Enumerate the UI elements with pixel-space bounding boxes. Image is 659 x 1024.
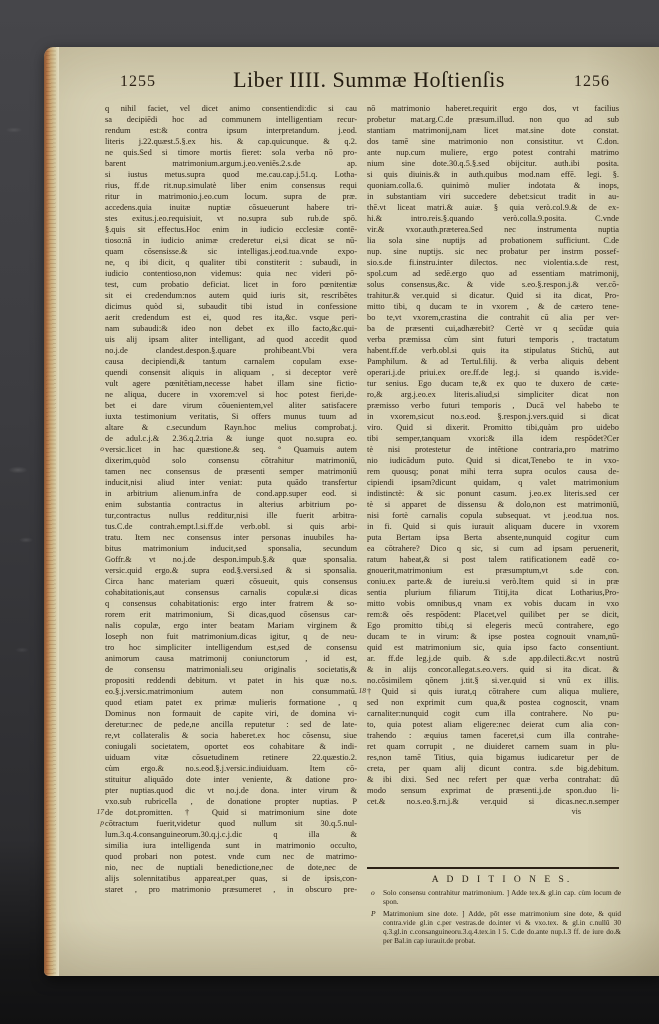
text-line: & ibi dixi. Sed nec refert per quæ verba… [367, 774, 619, 785]
text-line: nisi fortè carnalis copula subsequat. vt… [367, 510, 619, 521]
text-line: rendum est:& contra ipsum interpretandum… [105, 125, 357, 136]
text-line: in vxorem,sicut no.s.eod. §.respon.j.ver… [367, 411, 619, 422]
text-line: re,vt collateralis & socia haberet.ex ho… [105, 730, 357, 741]
text-line: tus.C.de contrah.empt.l.si.ff.de verb.ob… [105, 521, 357, 532]
text-line: quendi consensit aliquis in aliquam , si… [105, 367, 357, 378]
text-line: sit ei credendum:nos autem quid iuris si… [105, 290, 357, 301]
text-line: bitus matrimonium inducit,sed sponsalia,… [105, 543, 357, 554]
text-line: & in alijs concor.allegat.s.eo.vers. qui… [367, 664, 619, 675]
text-line: in arbitrium alienum.infra de cond.app.s… [105, 488, 357, 499]
additiones-heading: A D D I T I O N E S. [383, 875, 621, 885]
text-line: vult agere pœnitētiam,necesse habet illa… [105, 378, 357, 389]
text-line: solus consensus,&c. & vide s.eo.§.respon… [367, 279, 619, 290]
text-line: †Quid si quis iurat,q cōtrahere cum aliq… [367, 686, 619, 697]
text-line: rorem erit matrimonium, Si dicas,quod cō… [105, 609, 357, 620]
text-line: sa decipiēdi hoc ad communem intelligent… [105, 114, 357, 125]
text-line: eo.§.j.versic.matrimonium autem non cons… [105, 686, 357, 697]
text-line: to, quia potest aliam eligere:nec deiera… [367, 719, 619, 730]
additiones-entries: oSolo consensu contrahitur matrimonium. … [383, 888, 621, 946]
photo-of-book-page: { "header": { "left_page_number": "1255"… [0, 0, 659, 1024]
text-line: inducit,nisi aliud inter veniat: puta qu… [105, 477, 357, 488]
text-line: res,non tamē Titius, quia bigamus iudica… [367, 752, 619, 763]
text-line: cùm ergo.& no.s.eod.§.j.versic.indiuidua… [105, 763, 357, 774]
text-line: deretur:nec de pede,ne ancilla reputetur… [105, 719, 357, 730]
text-line: cet.& no.s.eo.§.rn.j.& ver.quid si dicas… [367, 796, 619, 807]
text-line: vxo.sub rubricella , de donatione propte… [105, 796, 357, 807]
text-line: indistinctè: & sic ponunt casum. j.eo.ex… [367, 488, 619, 499]
additiones-section: A D D I T I O N E S. oSolo consensu cont… [383, 875, 621, 948]
text-line: trahitur.& ver.quid si dicatur. Quid si … [367, 290, 619, 301]
text-line: modo sensum exprimat de præsenti.j.de sp… [367, 785, 619, 796]
text-line: Goffr.& vt no.j.de despon.impub.§.& quæ … [105, 554, 357, 565]
text-line: quod etiam patet ex primæ mulieris forma… [105, 697, 357, 708]
text-line: ne quis.Sed si timore mortis fieret: sol… [105, 147, 357, 158]
text-line: §.quis sit effectus.Hoc enim in iudicio … [105, 224, 357, 235]
text-line: stituitur aliquādo dote inter veniente, … [105, 774, 357, 785]
text-line: cipiendi ipsam?dicunt quidam, q valet ma… [367, 477, 619, 488]
margin-mark: p [90, 818, 104, 827]
text-column-right: nō matrimonio haberet.requirit ergo dos,… [367, 103, 619, 807]
text-line: viro. Quid si dixerit. Promitto tibi,quà… [367, 422, 619, 433]
text-line: causa decipiendi,& tantum carnalem copul… [105, 356, 357, 367]
text-line: accedens.quia inuitæ nuptiæ cōsueuerunt … [105, 202, 357, 213]
page-edge-streaks [46, 47, 56, 976]
text-line: ar. ff.de leg.j.de quib. & s.de app.dile… [367, 653, 619, 664]
text-line: nō matrimonio haberet.requirit ergo dos,… [367, 103, 619, 114]
text-line: carnaliter:nunquid cogit cum illa contra… [367, 708, 619, 719]
text-line: stantiam matrimonij,nam licet mat.sine d… [367, 125, 619, 136]
page-number-right: 1256 [574, 73, 610, 91]
text-line: ne aliqua, ducere in vxorem:vel si hoc p… [105, 389, 357, 400]
text-line: literis j.22.quæst.5.§.ex his. & cap.qui… [105, 136, 357, 147]
text-line: quoniam.colla.6. quinimò mulier indotata… [367, 180, 619, 191]
text-line: ro,& arg.j.eo.ex literis.aliud,si simpli… [367, 389, 619, 400]
book-page: 1255 Liber IIII. Summæ Hoſtienſis 1256 q… [44, 47, 659, 976]
text-line: Ioseph non fuit matrimonium.dicas igitur… [105, 631, 357, 642]
text-line: iuxta testimonium veritatis, Si offers m… [105, 411, 357, 422]
text-line: enim substantia contractus in alterius a… [105, 499, 357, 510]
text-line: præmisso verbo futuri temporis , Ducā ve… [367, 400, 619, 411]
text-line: Ego promitto tibi,q si elegeris mecū con… [367, 620, 619, 631]
text-line: animorum causa matrimonij coniunctorum ,… [105, 653, 357, 664]
text-line: sentia plurium filiarum Titij,ita dicat … [367, 587, 619, 598]
text-line: stes exitus.j.eo.requisiuit, vt no.supra… [105, 213, 357, 224]
text-line: Dominus non formauit de capite viri, de … [105, 708, 357, 719]
text-line: quod probari non potest. vnde cum nec de… [105, 851, 357, 862]
text-line: q consensus cohabitationis: ergo inter f… [105, 598, 357, 609]
text-line: mitto tibi, q ducam te in vxorem , & de … [367, 301, 619, 312]
text-line: quid est matrimonium sic, quia ipso fact… [367, 642, 619, 653]
text-line: alijs solennitatibus appareat,per quas, … [105, 873, 357, 884]
text-line: creta, per quam alij dicunt contra. s.de… [367, 763, 619, 774]
page-number-left: 1255 [120, 73, 156, 91]
margin-mark: o [90, 444, 104, 453]
text-line: ratum habeat,& si post talem ratificatio… [367, 554, 619, 565]
text-line: lia sola sine nuptijs ad probationem suf… [367, 235, 619, 246]
text-line: vir.& vxor.auth.præterea.Sed nec instrum… [367, 224, 619, 235]
text-line: cohabitationis,aut consensus carnalis co… [105, 587, 357, 598]
text-line: in substantiam viri succedere debet:sicu… [367, 191, 619, 202]
text-line: operari.j.de priui.ex ore.ff.de leg.j. s… [367, 367, 619, 378]
text-line: no.j.de clandest.despon.§.quare prohibea… [105, 345, 357, 356]
text-line: mitto vobis omnibus,q vnam ex vobis duca… [367, 598, 619, 609]
text-line: nio, nec de nuptiali benedictione,nec de… [105, 862, 357, 873]
text-line: coniugali societatem, oportet eos cohabi… [105, 741, 357, 752]
text-line: tibi semper,tanquam vxori:& illa idem re… [367, 433, 619, 444]
additiones-entry: PMatrimonium sine dote. ] Adde, pōt esse… [383, 909, 621, 946]
text-line: test, cum probatio deficiat. licet in fo… [105, 279, 357, 290]
text-line: thē.vt liceat matri.& auiæ. § quia verò.… [367, 202, 619, 213]
text-line: tro hoc simpliciter intelligendum est,se… [105, 642, 357, 653]
text-line: spol.cum ad sedē.ergo quo ad essentiam m… [367, 268, 619, 279]
text-line: puta Bertam ipsa Berta absente,nunquid c… [367, 532, 619, 543]
text-line: ba de præsenti cui,adhærebit? Certè vr q… [367, 323, 619, 334]
text-line: aerit credendum est ei, quod res ita,&c.… [105, 312, 357, 323]
text-line: tioso:nā in iudicio animæ crederetur ei,… [105, 235, 357, 246]
text-line: nium sine dote.30.q.5.§.sed obijcitur. a… [367, 158, 619, 169]
text-line: rius, ff.de rit.nup.simulatè liber enim … [105, 180, 357, 191]
text-line: probetur mat.arg.C.de præsum.illud. non … [367, 114, 619, 125]
text-line: uiduam vitæ cōsuetudinem retinere 22.quæ… [105, 752, 357, 763]
additiones-entry-mark: P [371, 909, 376, 918]
text-line: ne, q ibi dicit, q qualiter tibi constit… [105, 257, 357, 268]
text-line: altare & c.secundum Rayn.hoc melius comp… [105, 422, 357, 433]
text-line: gnouerit,matrimonium est præsumptum,vt s… [367, 565, 619, 576]
text-line: trahendo : æquius tamen faceret,si cum i… [367, 730, 619, 741]
text-line: tè nisi protestetur de intētione contrar… [367, 444, 619, 455]
text-line: ante nup.cum muliere, ergo potest contra… [367, 147, 619, 158]
text-line: iudicio contentioso,non videmus: quia ne… [105, 268, 357, 279]
text-line: lum.3.q.4.consanguineorum.30.q.j.c.j.dic… [105, 829, 357, 840]
text-line: rem:& oēs respōdent: Placet,vel quilibet… [367, 609, 619, 620]
text-line: quam cōsensisse.& sic intelligas.j.eod.t… [105, 246, 357, 257]
text-line: de dot.promitten. † Quid si matrimonium … [105, 807, 357, 818]
text-line: de consensu matrimoniali.seu originalis … [105, 664, 357, 675]
text-line: barent matrimonium.argum.j.eo.veniēs.2.s… [105, 158, 357, 169]
additiones-entry: oSolo consensu contrahitur matrimonium. … [383, 888, 621, 907]
text-line: pter nuptias.quod dic vt no.j.de dona. i… [105, 785, 357, 796]
background-scuff-marks [0, 0, 46, 1024]
text-line: bet ei dare virum cōuenientem,vel aliter… [105, 400, 357, 411]
text-line: bo te,vt vxorem,crastina die contrahit c… [367, 312, 619, 323]
text-line: propositi reddendi debitum. vt patet in … [105, 675, 357, 686]
text-line: nio iudicādum puto. Quid si dicat,Tenebo… [367, 455, 619, 466]
additiones-entry-text: Solo consensu contrahitur matrimonium. ]… [383, 888, 621, 906]
text-line: versic.licet in hac quæstione.& seq. ° Q… [105, 444, 357, 455]
text-line: tamen nec consensus de præsenti semper m… [105, 466, 357, 477]
text-line: ea cōtrahere? Dico q sic, si cum ad ipsa… [367, 543, 619, 554]
text-line: verba præmissa cùm sint futuri temporis … [367, 334, 619, 345]
text-line: sed non exprimit cum qua,& postea cognos… [367, 697, 619, 708]
additiones-entry-text: Matrimonium sine dote. ] Adde, pōt esse … [383, 909, 621, 946]
margin-mark: 18 [352, 686, 366, 695]
text-line: nam subaudi:& ideo non debet ex illo fac… [105, 323, 357, 334]
text-line: nalis copulæ, ergo inter beatam Mariam v… [105, 620, 357, 631]
text-line: q nihil faciet, vel dicet animo consenti… [105, 103, 357, 114]
text-line: Pamphilum. & ad Tertul.filij. & verba al… [367, 356, 619, 367]
margin-mark: 17 [90, 807, 104, 816]
text-line: si quis diuinis.& in auth.quibus mod.nam… [367, 169, 619, 180]
text-line: Circa hanc materiam quæri cōsueuit, quis… [105, 576, 357, 587]
text-line: si iustus metus.supra quod me.cau.cap.j.… [105, 169, 357, 180]
text-line: hi.& intro.reis.§.quando verò.colla.9.po… [367, 213, 619, 224]
text-line: ducam te in virum: & ipse postea cognoui… [367, 631, 619, 642]
text-line: ritur in matrimonio.j.eo.cum locum. supr… [105, 191, 357, 202]
text-line: tè si apparet de dissensu & dolo,non est… [367, 499, 619, 510]
text-column-left: q nihil faciet, vel dicet animo consenti… [105, 103, 357, 895]
text-line: cōtractum fuerit,videtur quod nullum sit… [105, 818, 357, 829]
text-line: nup. sine nuptijs. sic nec probatur per … [367, 246, 619, 257]
text-line: de adul.c.j.& 2.36.q.2.tria & iunge quot… [105, 433, 357, 444]
running-title: Liber IIII. Summæ Hoſtienſis [184, 67, 554, 93]
additiones-entry-mark: o [371, 888, 375, 897]
text-line: sio.s.de fi.instru.inter dilectos. nec v… [367, 257, 619, 268]
text-line: uis alij ipsam aliter intelligant, ad qu… [105, 334, 357, 345]
text-line: ret quam corrupit , ne diuideret carnem … [367, 741, 619, 752]
text-line: dos tamē sine matrimonio non consistitur… [367, 136, 619, 147]
text-line: habent.ff.de verb.obl.si quis ita stipul… [367, 345, 619, 356]
text-line: no.cōsimilem qōnem j.tit.§ si.ver.quid s… [367, 675, 619, 686]
running-header: 1255 Liber IIII. Summæ Hoſtienſis 1256 [44, 67, 659, 99]
text-line: dicimus quòd si, subaudit tibi istud in … [105, 301, 357, 312]
catchword: vis [367, 807, 619, 816]
text-line: similia iura intelligenda sunt in matrim… [105, 840, 357, 851]
text-line: staret , pro matrimonio præsumeret , in … [105, 884, 357, 895]
text-line: versic.quid ergo.& supra eod.§.versi.sed… [105, 565, 357, 576]
text-line: dixerim,quòd solo consensu cōtrahitur ma… [105, 455, 357, 466]
text-line: coniu.ex parte.& de iureiu.si verò.Item … [367, 576, 619, 587]
text-line: tratu. Item nec consensus inter personas… [105, 532, 357, 543]
text-line: tur,contractus nullus redditur,nisi ille… [105, 510, 357, 521]
text-line: in fi. Quid si quis iurauit aliquam duce… [367, 521, 619, 532]
text-line: tur senius. Ego ducam te,& ex quo te dux… [367, 378, 619, 389]
text-line: rem quousq; ponat mihi terra supra oculo… [367, 466, 619, 477]
additiones-divider-rule [367, 867, 619, 869]
